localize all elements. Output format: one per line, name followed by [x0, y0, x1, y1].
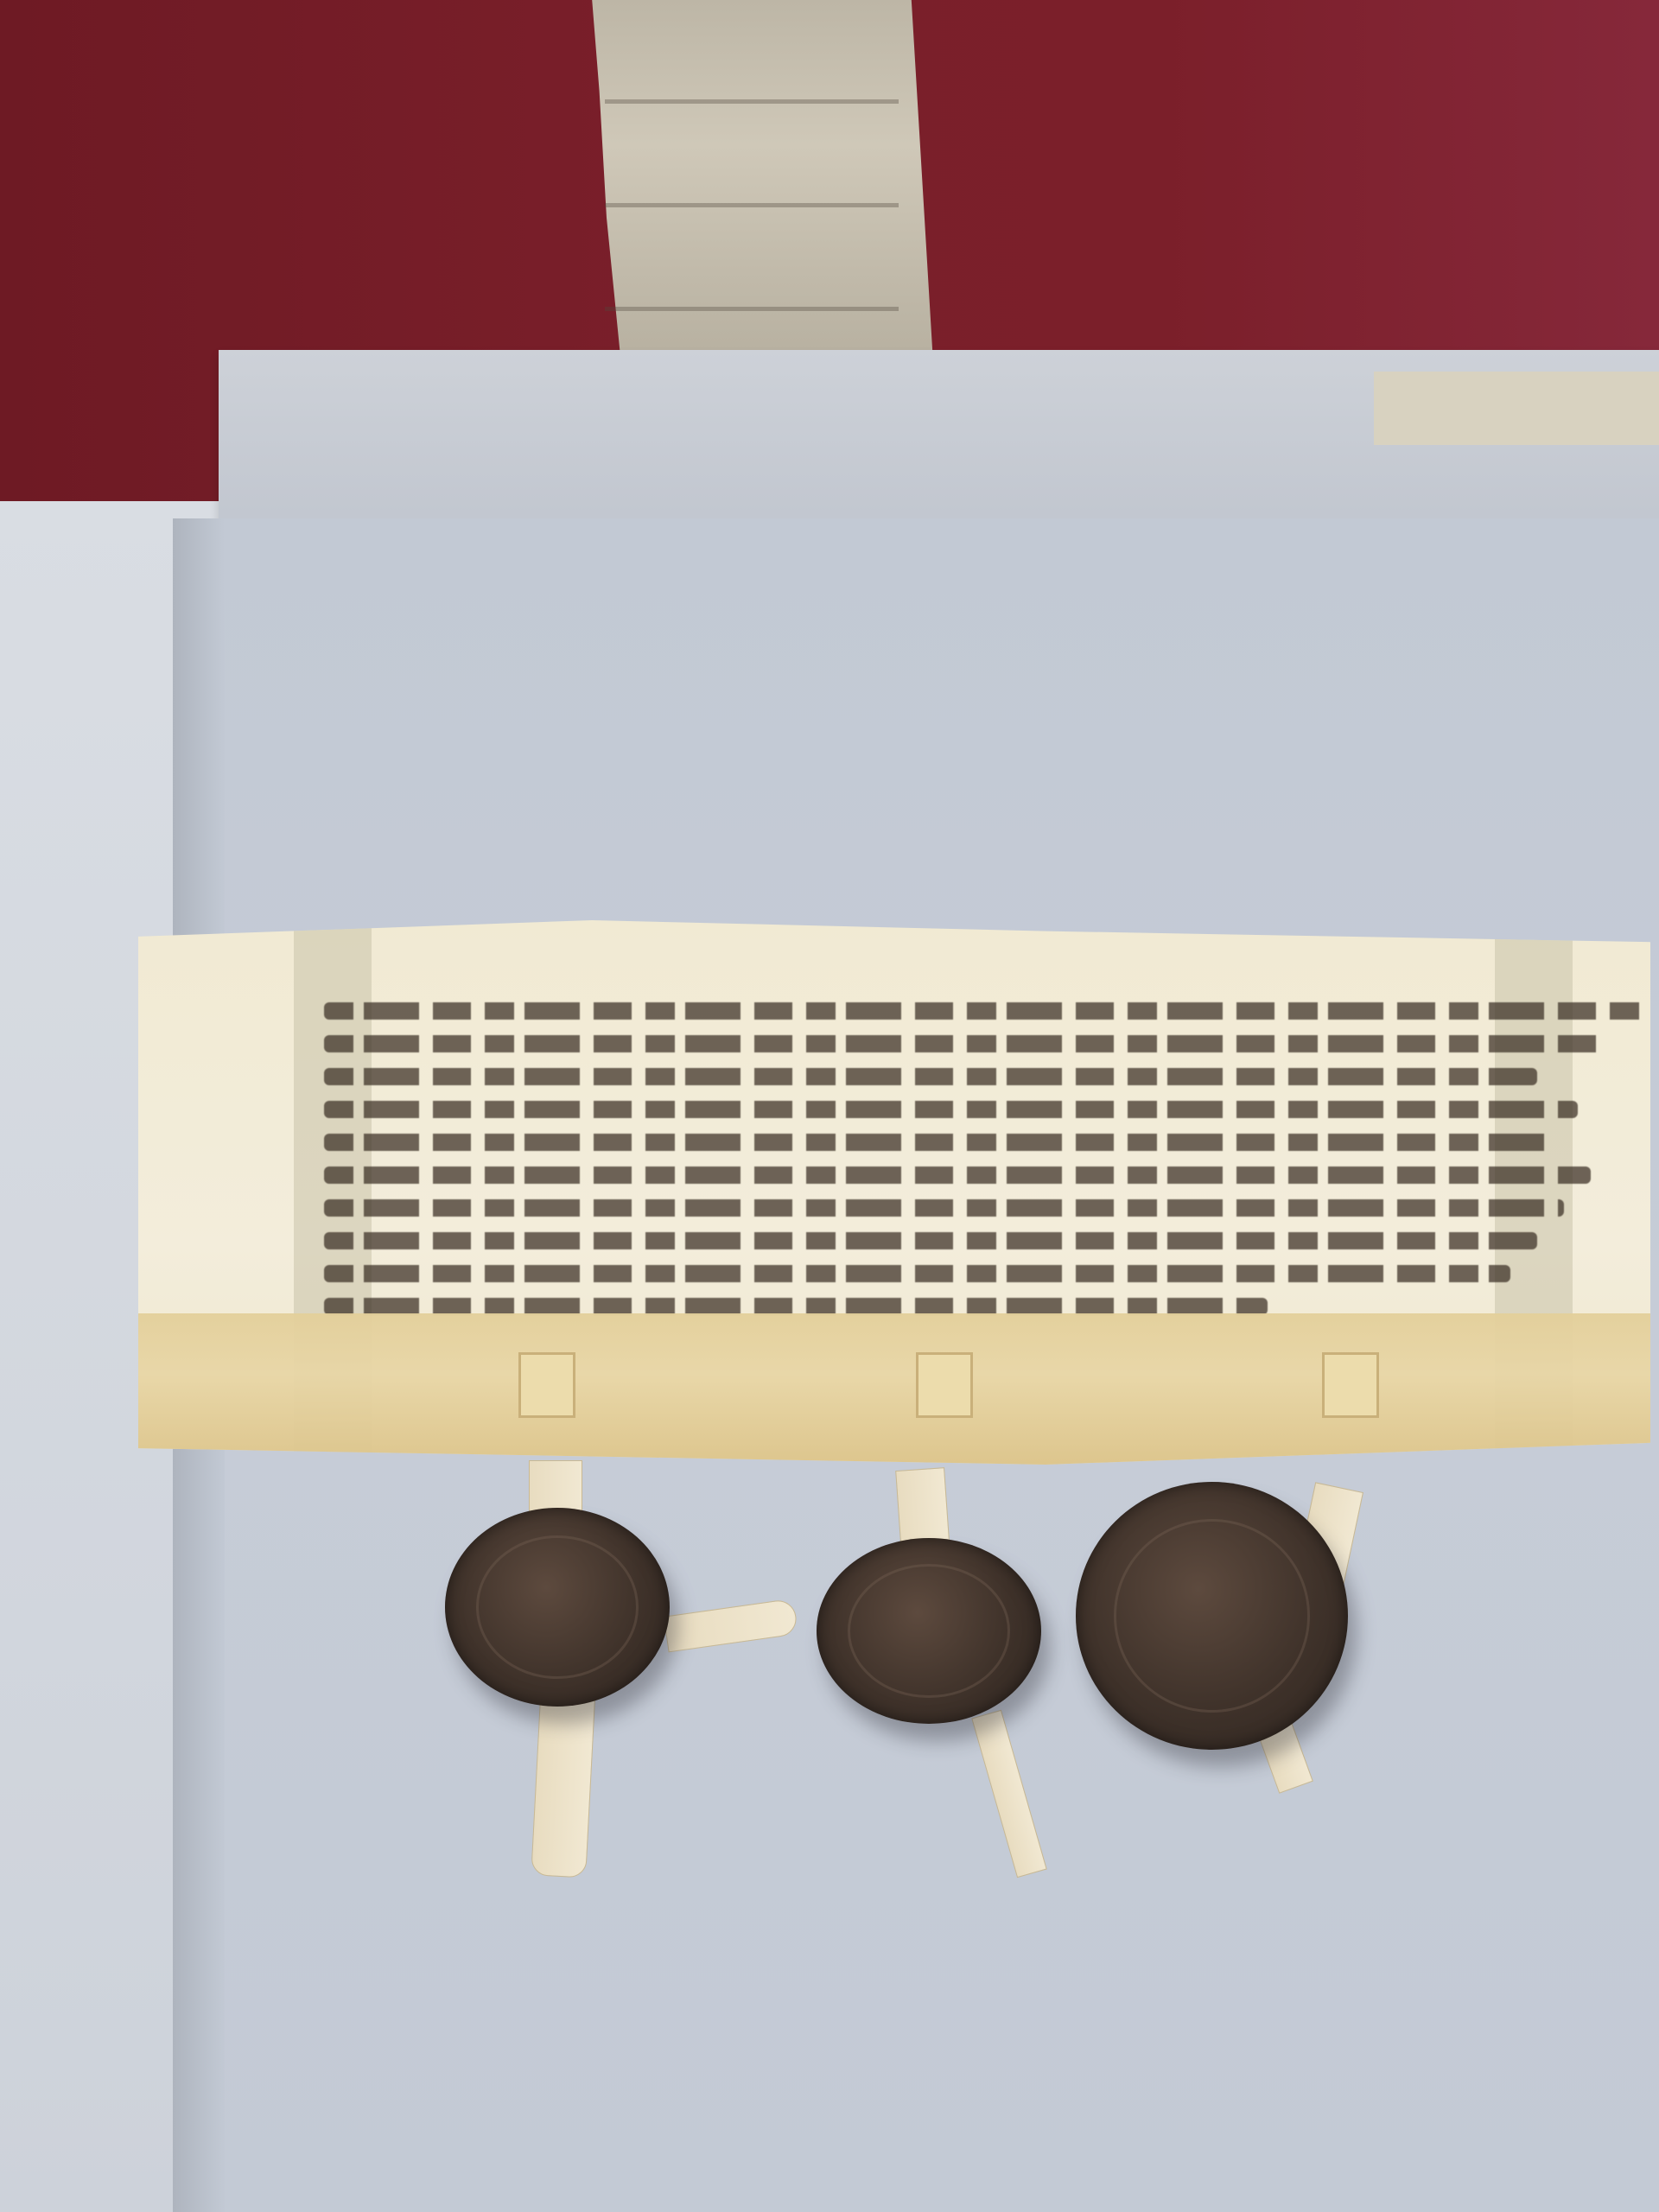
- seal-tag-slit: [518, 1352, 575, 1418]
- script-line: [324, 1265, 1510, 1282]
- display-mat-tab: [1374, 372, 1659, 445]
- wax-seal-middle: middle: [817, 1538, 1041, 1724]
- script-line: [324, 1101, 1578, 1118]
- script-line: [324, 1068, 1537, 1085]
- parchment-fold-plica: [138, 1313, 1650, 1465]
- seal-tag-slit: [1322, 1352, 1379, 1418]
- seal-tag-slit: [916, 1352, 973, 1418]
- script-line: [324, 1002, 1645, 1020]
- script-line: [324, 1298, 1268, 1315]
- wax-seal-left: left: [445, 1508, 670, 1707]
- script-line: [324, 1134, 1551, 1151]
- parchment-charter: [138, 920, 1650, 1465]
- background-wall-gap-lines: [605, 0, 899, 363]
- seal-tag-tail: [531, 1683, 596, 1878]
- wax-seal-right: right: [1076, 1482, 1348, 1750]
- script-line: [324, 1035, 1605, 1052]
- script-line: [324, 1199, 1564, 1217]
- script-line: [324, 1166, 1591, 1184]
- handwritten-script: [324, 1002, 1659, 1331]
- script-line: [324, 1232, 1537, 1249]
